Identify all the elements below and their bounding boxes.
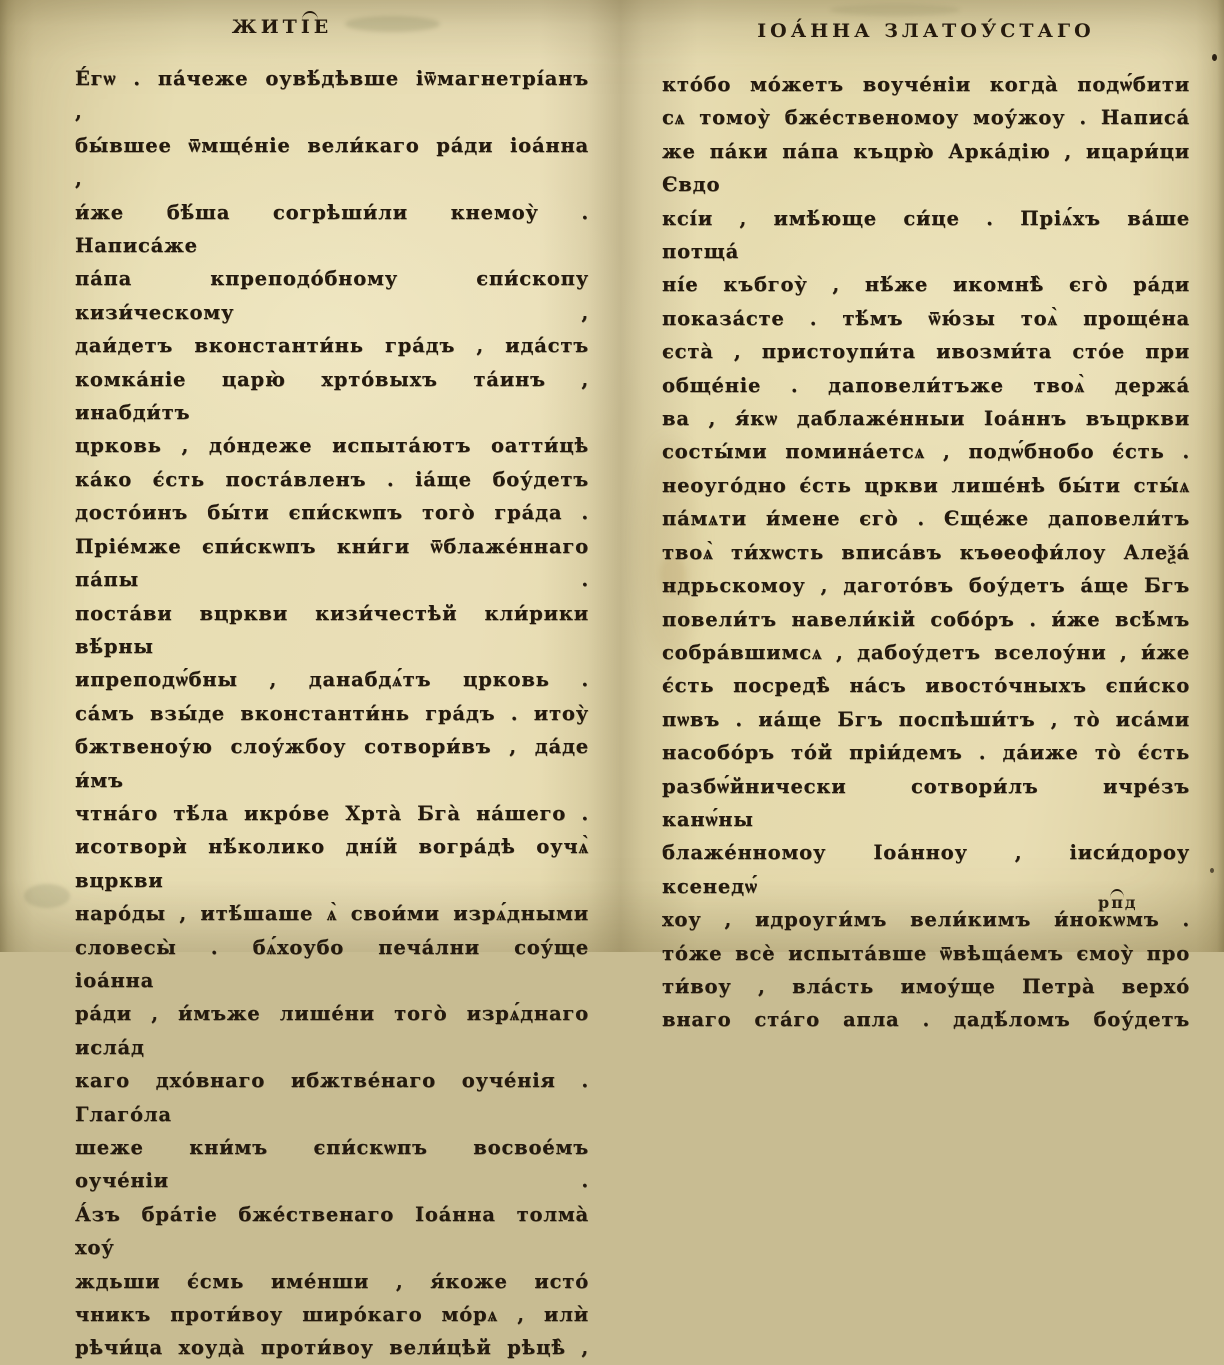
- text-line: ні́е къбгоу̀ , нѣ́же икомнѣ̀ єго̀ ра́ди: [662, 268, 1190, 301]
- text-line: пѡвъ . иа́ще Бгъ поспѣши́тъ , то̀ иса́ми: [662, 703, 1190, 736]
- text-line: наро́ды , итѣ́шаше ѧ̀ свои́ми изрѧ́дными: [75, 897, 589, 930]
- text-line: ва , я́кѡ даблаже́нныи Іоа́ннъ въцркви: [662, 402, 1190, 435]
- text-line: са́мъ взы́де вконстанти́нь гра́дъ . итоу…: [75, 697, 589, 730]
- text-line: є́сть посредѣ̀ на́съ ивосто́чныхъ єпи́ск…: [662, 669, 1190, 702]
- text-line: же па́ки па́па къцрю̀ Арка́дію , ицари́ц…: [662, 135, 1190, 202]
- text-line: состы́ми помина́етсѧ , подѡ́бнобо є́сть …: [662, 435, 1190, 468]
- text-line: єста̀ , пристоупи́та ивозми́та сто́е при: [662, 335, 1190, 368]
- text-line: кто́бо мо́жетъ воуче́ніи когда̀ подѡ́бит…: [662, 68, 1190, 101]
- text-line: па́мѧти и́мене єго̀ . Єще́же даповели́тъ: [662, 502, 1190, 535]
- running-head-left: ЖИТІЕ: [0, 16, 588, 38]
- text-line: твоѧ̀ ти́хѡсть вписа́въ къѳеофи́лоу Алеѯ…: [662, 536, 1190, 569]
- text-line: повели́тъ навели́кій собо́ръ . и́же всѣ́…: [662, 603, 1190, 636]
- text-line: бы́вшее ѿмще́ніе вели́каго ра́ди іоа́нна…: [75, 129, 589, 196]
- text-line: комка́ніе царю̀ хрто́выхъ та́инъ , инабд…: [75, 363, 589, 430]
- text-line: и́же бѣ́ша согрѣши́ли кнемоу̀ . Написа́ж…: [75, 196, 589, 263]
- text-line: бжтвеноу́ю слоу́жбоу сотвори́въ , да́де …: [75, 730, 589, 797]
- text-line: поста́ви вцркви кизи́честѣй кли́рики вѣ́…: [75, 597, 589, 664]
- text-line: Е́гѡ . па́чеже оувѣ́дѣвше іѿмагнетрі́анъ…: [75, 62, 589, 129]
- left-text-block: Е́гѡ . па́чеже оувѣ́дѣвше іѿмагнетрі́анъ…: [75, 62, 589, 952]
- text-line: обще́ніе . даповели́тъже твоѧ̀ держа́: [662, 369, 1190, 402]
- text-line: сѧ томоу̀ бже́ственомоу моу́жоу . Написа…: [662, 101, 1190, 134]
- text-line: Пріе́мже єпи́скѡпъ кни́ги ѿблаже́ннаго п…: [75, 530, 589, 597]
- text-line: ксі́и , имѣ́юще си́це . Пріѧ́хъ ва́ше по…: [662, 202, 1190, 269]
- text-line: ндрьскомоу , дагото́въ боу́детъ а́ще Бгъ: [662, 569, 1190, 602]
- text-line: чтна́го тѣ́ла икро́ве Хрта̀ Бга̀ на́шего…: [75, 797, 589, 830]
- text-line: ка́ко є́сть поста́вленъ . іа́ще боу́детъ: [75, 463, 589, 496]
- text-line: разбѡ́йнически сотвори́лъ ичре́зъ канѡ́н…: [662, 770, 1190, 837]
- text-line: насобо́ръ то́й пріи́демъ . да́иже то̀ є́…: [662, 736, 1190, 769]
- titlo-mark: [302, 11, 318, 20]
- right-page: ІОА́ННА ЗЛАТОУ́СТАГО кто́бо мо́жетъ воуч…: [612, 0, 1224, 952]
- right-text-block: кто́бо мо́жетъ воуче́ніи когда̀ подѡ́бит…: [662, 68, 1190, 952]
- text-line: црковь , до́ндеже испыта́ютъ оатти́цѣ: [75, 429, 589, 462]
- book-spread: ЖИТІЕ Е́гѡ . па́чеже оувѣ́дѣвше іѿмагнет…: [0, 0, 1224, 952]
- text-line: собра́вшимсѧ , дабоу́детъ вселоу́ни , и́…: [662, 636, 1190, 669]
- text-line: па́па кпреподо́бному єпи́скопу кизи́ческ…: [75, 262, 589, 329]
- running-head-right: ІОА́ННА ЗЛАТОУ́СТАГО: [620, 20, 1224, 42]
- text-line: показа́сте . тѣ́мъ ѿю́зы тоѧ̀ проще́на: [662, 302, 1190, 335]
- text-line: словесы̀ . бѧ́хоубо печа́лни соу́ще іоа́…: [75, 931, 589, 952]
- folio-number: рпд: [1098, 893, 1138, 912]
- text-line: даи́детъ вконстанти́нь гра́дъ , ида́стъ: [75, 329, 589, 362]
- text-line: то́же всѐ испыта́вше ѿвѣща́емъ ємоу̀ про: [662, 937, 1190, 952]
- text-line: ипреподѡ́бны , данабдѧ́тъ црковь .: [75, 663, 589, 696]
- text-line: исотворѝ нѣ́колико дні́й вогра́дѣ оучѧ̀ …: [75, 830, 589, 897]
- left-page: ЖИТІЕ Е́гѡ . па́чеже оувѣ́дѣвше іѿмагнет…: [0, 0, 612, 952]
- text-line: неоуго́дно є́сть цркви лише́нѣ бы́ти сты…: [662, 469, 1190, 502]
- text-line: досто́инъ бы́ти єпи́скѡпъ того̀ гра́да .: [75, 496, 589, 529]
